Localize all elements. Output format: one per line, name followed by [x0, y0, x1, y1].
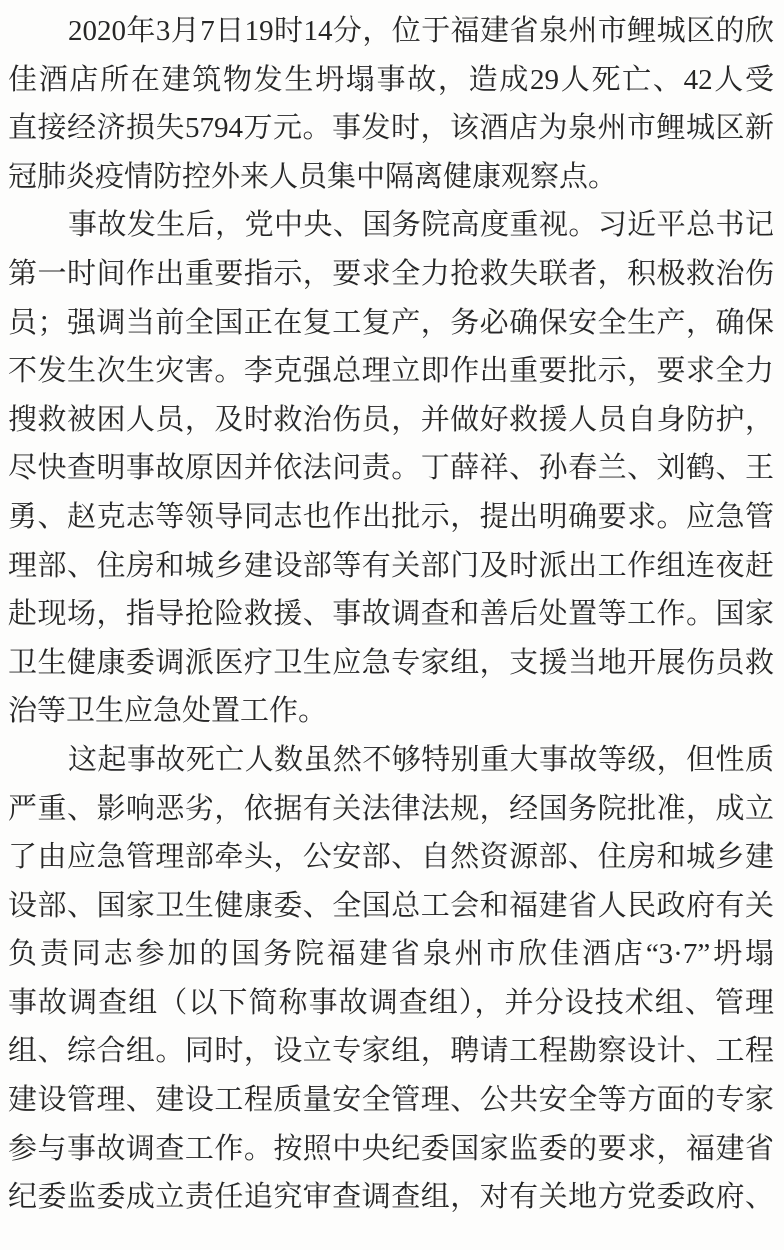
paragraph: 事故发生后，党中央、国务院高度重视。习近平总书记第一时间作出重要指示，要求全力抢…: [8, 201, 774, 736]
text-line: 负责同志参加的国务院福建省泉州市欣佳酒店“3·7”坍塌: [8, 930, 774, 979]
text-line: 员；强调当前全国正在复工复产，务必确保安全生产，确保: [8, 299, 774, 348]
text-line: 卫生健康委调派医疗卫生应急专家组，支援当地开展伤员救: [8, 639, 774, 688]
text-line: 事故发生后，党中央、国务院高度重视。习近平总书记: [8, 201, 774, 250]
text-line: 设部、国家卫生健康委、全国总工会和福建省人民政府有关: [8, 882, 774, 931]
text-line: 参与事故调查工作。按照中央纪委国家监委的要求，福建省: [8, 1125, 774, 1174]
text-line: 理部、住房和城乡建设部等有关部门及时派出工作组连夜赶: [8, 542, 774, 591]
text-line: 2020年3月7日19时14分，位于福建省泉州市鲤城区的欣: [8, 7, 774, 56]
text-line: 第一时间作出重要指示，要求全力抢救失联者，积极救治伤: [8, 250, 774, 299]
text-line: 不发生次生灾害。李克强总理立即作出重要批示，要求全力: [8, 347, 774, 396]
text-line: 直接经济损失5794万元。事发时，该酒店为泉州市鲤城区新: [8, 104, 774, 153]
text-line: 建设管理、建设工程质量安全管理、公共安全等方面的专家: [8, 1076, 774, 1125]
text-line: 纪委监委成立责任追究审查调查组，对有关地方党委政府、: [8, 1173, 774, 1222]
text-line: 事故调查组（以下简称事故调查组），并分设技术组、管理: [8, 979, 774, 1028]
document-page: 2020年3月7日19时14分，位于福建省泉州市鲤城区的欣佳酒店所在建筑物发生坍…: [0, 0, 784, 1250]
text-line: 治等卫生应急处置工作。: [8, 687, 774, 736]
text-line: 佳酒店所在建筑物发生坍塌事故，造成29人死亡、42人受伤，: [8, 56, 774, 105]
text-line: 赴现场，指导抢险救援、事故调查和善后处置等工作。国家: [8, 590, 774, 639]
text-line: 了由应急管理部牵头，公安部、自然资源部、住房和城乡建: [8, 833, 774, 882]
paragraph: 2020年3月7日19时14分，位于福建省泉州市鲤城区的欣佳酒店所在建筑物发生坍…: [8, 7, 774, 201]
text-line: 这起事故死亡人数虽然不够特别重大事故等级，但性质: [8, 736, 774, 785]
text-line: 搜救被困人员，及时救治伤员，并做好救援人员自身防护，: [8, 396, 774, 445]
text-line: 冠肺炎疫情防控外来人员集中隔离健康观察点。: [8, 153, 774, 202]
text-line: 组、综合组。同时，设立专家组，聘请工程勘察设计、工程: [8, 1027, 774, 1076]
text-line: 尽快查明事故原因并依法问责。丁薛祥、孙春兰、刘鹤、王: [8, 444, 774, 493]
text-line: 勇、赵克志等领导同志也作出批示，提出明确要求。应急管: [8, 493, 774, 542]
text-line: 严重、影响恶劣，依据有关法律法规，经国务院批准，成立: [8, 785, 774, 834]
paragraph: 这起事故死亡人数虽然不够特别重大事故等级，但性质严重、影响恶劣，依据有关法律法规…: [8, 736, 774, 1222]
